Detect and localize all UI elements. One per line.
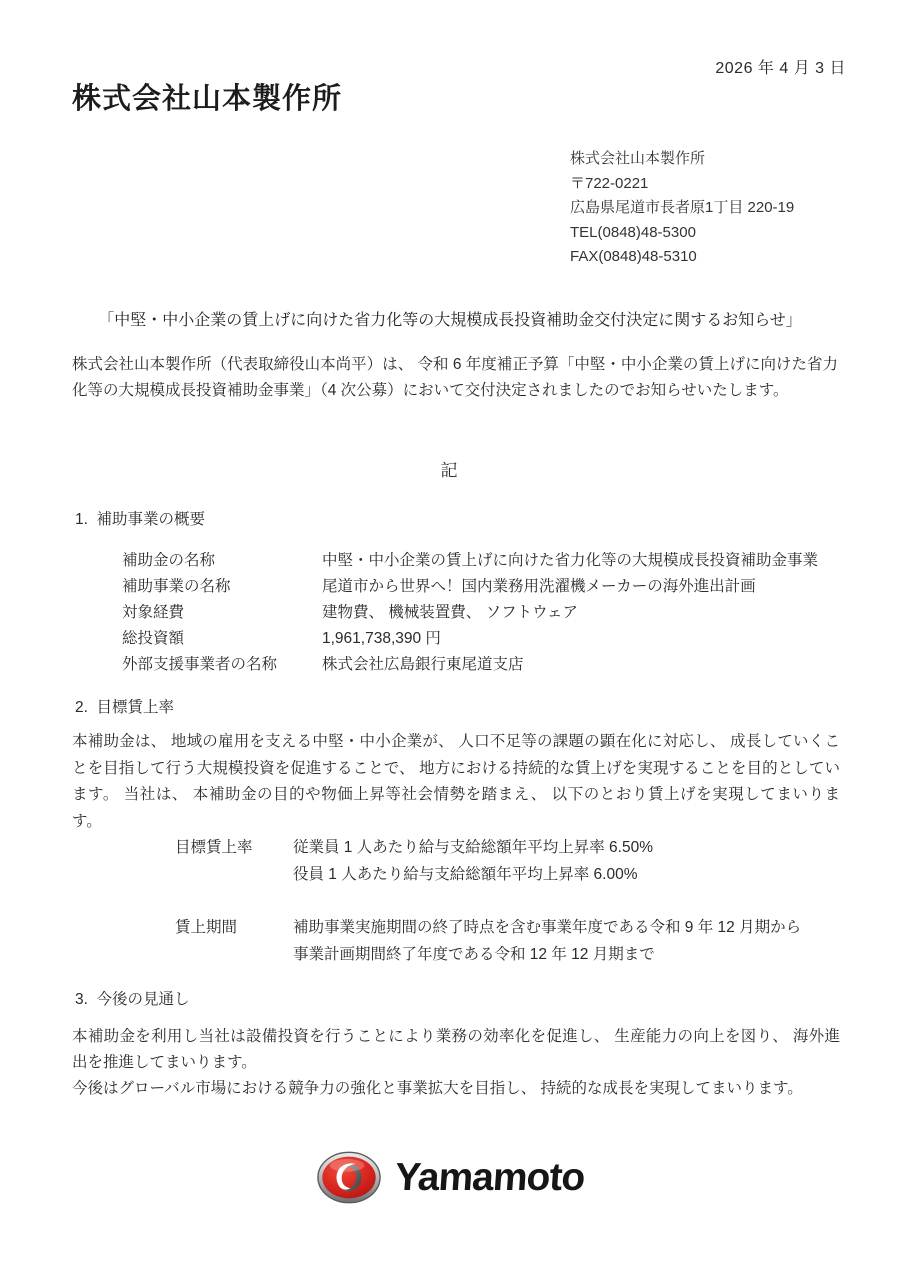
company-logo: Yamamoto	[0, 1150, 900, 1205]
contact-postal-code: 〒722-0221	[570, 172, 794, 197]
row-label: 目標賃上率	[175, 834, 293, 888]
row-value: 補助事業実施期間の終了時点を含む事業年度である令和 9 年 12 月期から 事業…	[293, 914, 801, 968]
company-name-heading: 株式会社山本製作所	[72, 76, 342, 117]
announcement-title: 「中堅・中小企業の賃上げに向けた省力化等の大規模成長投資補助金交付決定に関するお…	[0, 307, 900, 330]
table-row: 外部支援事業者の名称 株式会社広島銀行東尾道支店	[122, 652, 818, 678]
section-heading-overview: 1. 補助事業の概要	[75, 507, 205, 529]
intro-paragraph: 株式会社山本製作所（代表取締役山本尚平）は、 令和 6 年度補正予算「中堅・中小…	[72, 352, 838, 404]
table-row: 補助金の名称 中堅・中小企業の賃上げに向けた省力化等の大規模成長投資補助金事業	[122, 548, 818, 574]
section-heading-wage-target: 2. 目標賃上率	[75, 695, 174, 717]
outlook-paragraph: 今後はグローバル市場における競争力の強化と事業拡大を目指し、 持続的な成長を実現…	[72, 1076, 840, 1102]
row-label: 対象経費	[122, 600, 322, 626]
section-heading-outlook: 3. 今後の見通し	[75, 987, 190, 1009]
record-mark: 記	[0, 456, 900, 481]
yamamoto-swirl-mark-icon	[316, 1150, 382, 1205]
contact-company: 株式会社山本製作所	[570, 147, 794, 172]
table-row: 補助事業の名称 尾道市から世界へ！国内業務用洗濯機メーカーの海外進出計画	[122, 574, 818, 600]
row-value: 株式会社広島銀行東尾道支店	[322, 652, 818, 678]
row-value: 尾道市から世界へ！国内業務用洗濯機メーカーの海外進出計画	[322, 574, 818, 600]
table-row: 総投資額 1,961,738,390 円	[122, 626, 818, 652]
overview-table: 補助金の名称 中堅・中小企業の賃上げに向けた省力化等の大規模成長投資補助金事業 …	[122, 548, 818, 678]
wage-period-row: 賃上期間 補助事業実施期間の終了時点を含む事業年度である令和 9 年 12 月期…	[175, 914, 801, 968]
outlook-section-body: 本補助金を利用し当社は設備投資を行うことにより業務の効率化を促進し、 生産能力の…	[72, 1024, 840, 1102]
document-page: 2026 年 4 月 3 日 株式会社山本製作所 株式会社山本製作所 〒722-…	[0, 0, 900, 1262]
row-label: 補助事業の名称	[122, 574, 322, 600]
row-value: 従業員 1 人あたり給与支給総額年平均上昇率 6.50% 役員 1 人あたり給与…	[293, 834, 653, 888]
row-value: 1,961,738,390 円	[322, 626, 818, 652]
row-label: 総投資額	[122, 626, 322, 652]
contact-address: 広島県尾道市長者原1丁目 220-19	[570, 196, 794, 221]
row-value: 建物費、 機械装置費、 ソフトウェア	[322, 600, 818, 626]
wage-period-line: 事業計画期間終了年度である令和 12 年 12 月期まで	[293, 941, 801, 968]
contact-fax: FAX(0848)48-5310	[570, 245, 794, 270]
outlook-paragraph: 本補助金を利用し当社は設備投資を行うことにより業務の効率化を促進し、 生産能力の…	[72, 1024, 840, 1076]
contact-tel: TEL(0848)48-5300	[570, 221, 794, 246]
row-label: 賃上期間	[175, 914, 293, 968]
table-row: 対象経費 建物費、 機械装置費、 ソフトウェア	[122, 600, 818, 626]
row-label: 外部支援事業者の名称	[122, 652, 322, 678]
wage-target-line: 役員 1 人あたり給与支給総額年平均上昇率 6.00%	[293, 861, 653, 888]
contact-block: 株式会社山本製作所 〒722-0221 広島県尾道市長者原1丁目 220-19 …	[570, 147, 794, 270]
row-label: 補助金の名称	[122, 548, 322, 574]
wage-target-line: 従業員 1 人あたり給与支給総額年平均上昇率 6.50%	[293, 834, 653, 861]
row-value: 中堅・中小企業の賃上げに向けた省力化等の大規模成長投資補助金事業	[322, 548, 818, 574]
wage-section-paragraph: 本補助金は、 地域の雇用を支える中堅・中小企業が、 人口不足等の課題の顕在化に対…	[72, 729, 840, 835]
document-date: 2026 年 4 月 3 日	[715, 55, 846, 78]
wage-period-line: 補助事業実施期間の終了時点を含む事業年度である令和 9 年 12 月期から	[293, 914, 801, 941]
yamamoto-logo-text: Yamamoto	[393, 1156, 585, 1200]
wage-target-row: 目標賃上率 従業員 1 人あたり給与支給総額年平均上昇率 6.50% 役員 1 …	[175, 834, 653, 888]
